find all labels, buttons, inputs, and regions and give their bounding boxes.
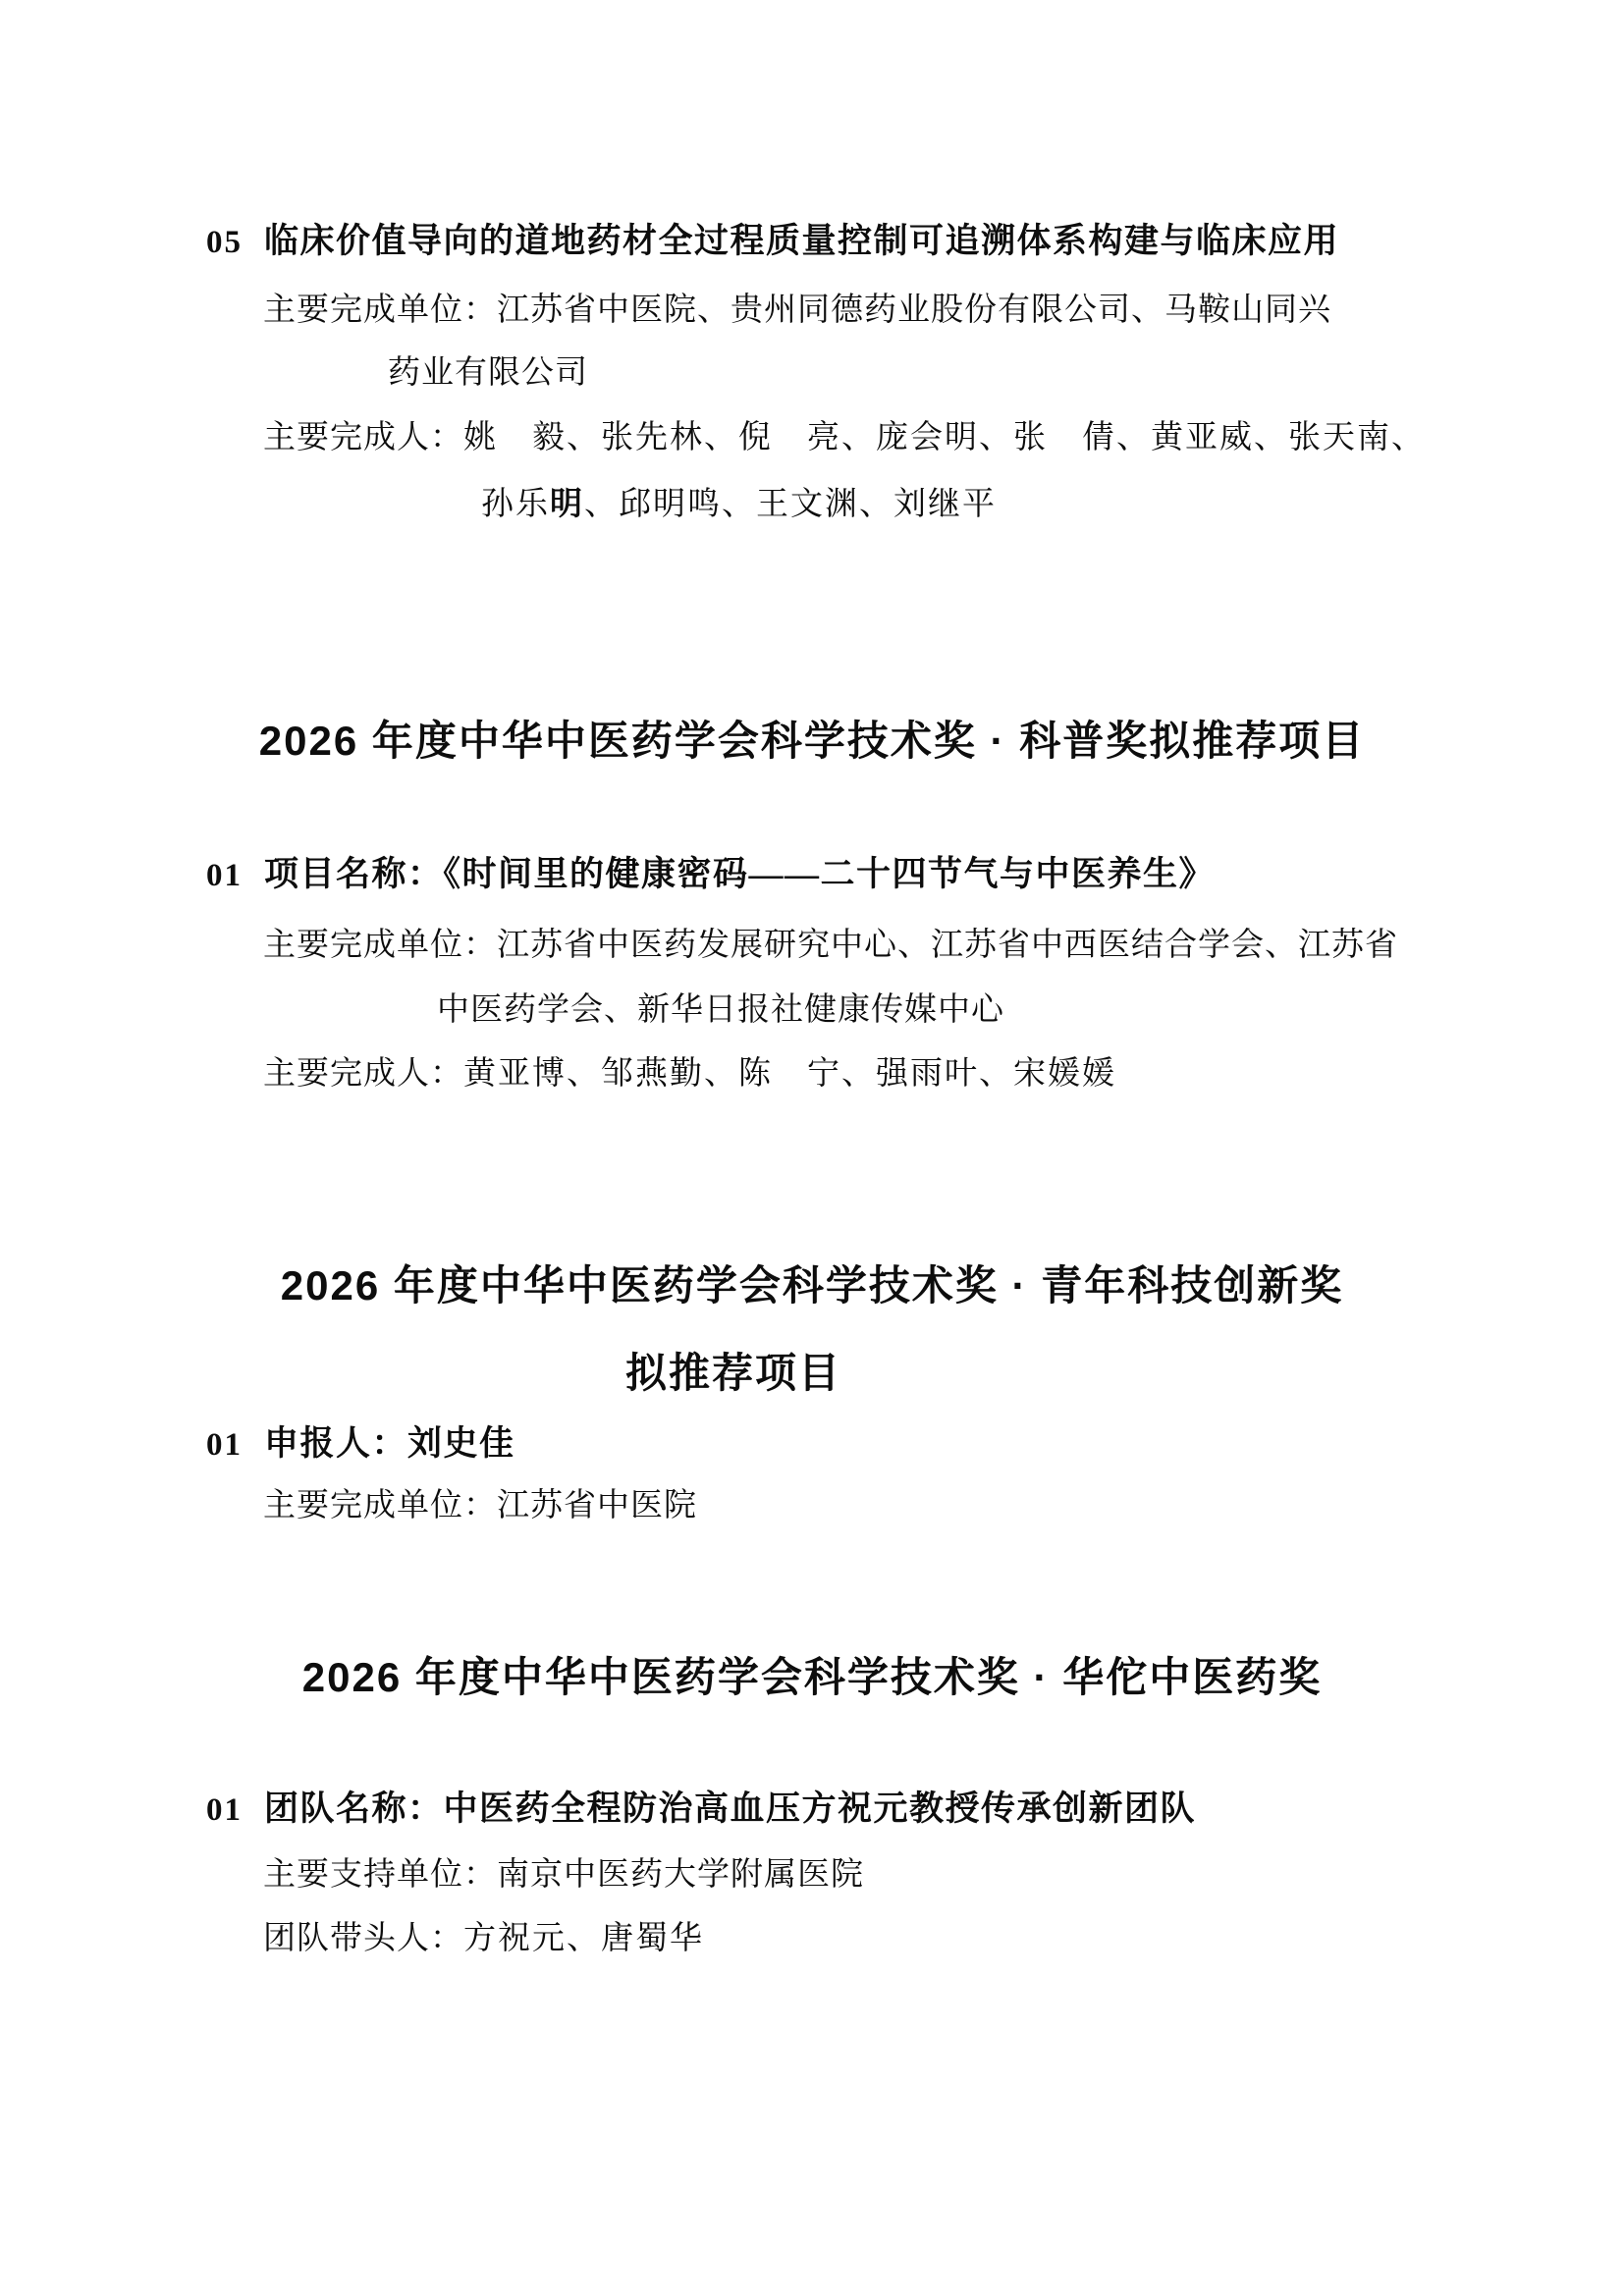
huatuo-item-01-leader-line: 团队带头人：方祝元、唐蜀华 [263,1921,704,1958]
item-title: 《时间里的健康密码——二十四节气与中医养生》 [444,855,1216,893]
huatuo-item-01-org-line: 主要支持单位：南京中医药大学附属医院 [263,1857,864,1895]
people-value-continued-pre: 孙乐 [481,487,550,522]
org-value: 江苏省中医药发展研究中心、江苏省中西医结合学会、江苏省 [497,928,1398,963]
document-page: 05临床价值导向的道地药材全过程质量控制可追溯体系构建与临床应用 主要完成单位：… [0,0,1624,2296]
kepu-section-heading: 2026 年度中华中医药学会科学技术奖 · 科普奖拟推荐项目 [0,709,1624,768]
item-05-people-continuation: 孙乐明、邱明鸣、王文渊、刘继平 [481,485,997,524]
item-title: 中医药全程防治高血压方祝元教授传承创新团队 [444,1789,1197,1828]
item-05-org-continuation: 药业有限公司 [388,355,588,393]
org-value: 江苏省中医院 [497,1488,697,1523]
people-label: 主要完成人： [263,1056,463,1092]
item-number: 01 [206,1792,243,1830]
leader-value: 方祝元、唐蜀华 [463,1921,704,1956]
org-label: 主要完成单位： [263,293,497,328]
org-label: 主要支持单位： [263,1857,497,1893]
leader-label: 团队带头人： [263,1921,463,1956]
qingnian-item-01-org-line: 主要完成单位：江苏省中医院 [263,1488,697,1525]
item-title-label: 项目名称： [264,855,444,893]
kepu-item-01-org-continuation: 中医药学会、新华日报社健康传媒中心 [437,992,1004,1030]
huatuo-section-heading: 2026 年度中华中医药学会科学技术奖 · 华佗中医药奖 [0,1645,1624,1704]
kepu-item-01-title-line: 01项目名称：《时间里的健康密码——二十四节气与中医养生》 [206,855,1215,895]
item-title: 临床价值导向的道地药材全过程质量控制可追溯体系构建与临床应用 [264,222,1339,260]
people-value-continued-post: 、邱明鸣、王文渊、刘继平 [584,487,997,522]
kepu-item-01-org-line: 主要完成单位：江苏省中医药发展研究中心、江苏省中西医结合学会、江苏省 [263,928,1398,965]
huatuo-item-01-title-line: 01团队名称：中医药全程防治高血压方祝元教授传承创新团队 [206,1789,1196,1830]
people-label: 主要完成人： [263,420,463,455]
org-value: 江苏省中医院、贵州同德药业股份有限公司、马鞍山同兴 [497,293,1331,328]
org-value: 南京中医药大学附属医院 [497,1857,864,1893]
people-value: 黄亚博、邹燕勤、陈 宁、强雨叶、宋媛媛 [463,1056,1116,1092]
org-label: 主要完成单位： [263,1488,497,1523]
kepu-item-01-people-line: 主要完成人：黄亚博、邹燕勤、陈 宁、强雨叶、宋媛媛 [263,1056,1116,1094]
people-value-continued-fallback-glyph: 明 [550,485,584,521]
item-number: 01 [206,1427,243,1465]
org-value-continued: 药业有限公司 [388,355,588,391]
item-title: 刘史佳 [407,1424,515,1463]
org-value-continued: 中医药学会、新华日报社健康传媒中心 [437,992,1004,1028]
item-title-label: 团队名称： [264,1789,444,1828]
qingnian-item-01-title-line: 01申报人：刘史佳 [206,1424,515,1465]
item-number: 05 [206,225,243,262]
qingnian-section-heading-line2: 拟推荐项目 [0,1341,1467,1400]
people-value: 姚 毅、张先林、倪 亮、庞会明、张 倩、黄亚威、张天南、 [463,420,1426,455]
item-05-people-line: 主要完成人：姚 毅、张先林、倪 亮、庞会明、张 倩、黄亚威、张天南、 [263,420,1426,457]
org-label: 主要完成单位： [263,928,497,963]
item-number: 01 [206,858,243,895]
item-title-label: 申报人： [264,1424,407,1463]
item-05-title-line: 05临床价值导向的道地药材全过程质量控制可追溯体系构建与临床应用 [206,222,1339,262]
qingnian-section-heading-line1: 2026 年度中华中医药学会科学技术奖 · 青年科技创新奖 [0,1254,1624,1312]
item-05-org-line: 主要完成单位：江苏省中医院、贵州同德药业股份有限公司、马鞍山同兴 [263,293,1331,330]
